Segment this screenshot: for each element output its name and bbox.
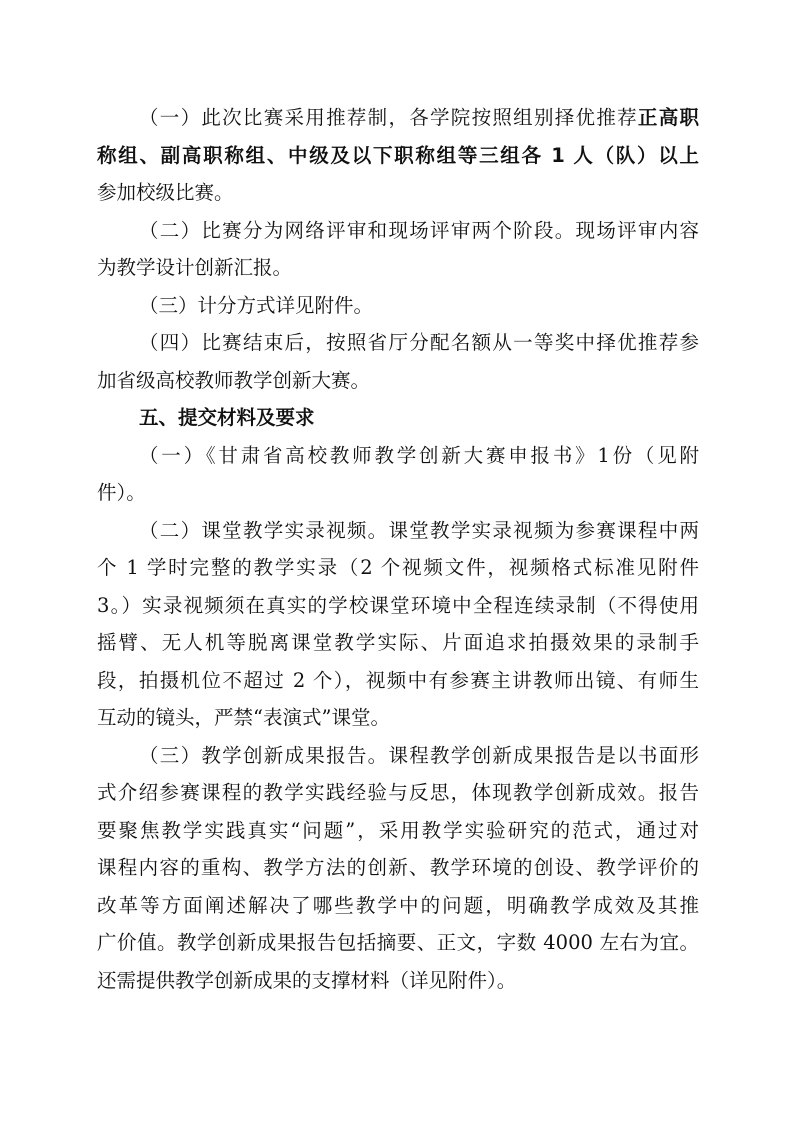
paragraph-provincial-recommendation: （四）比赛结束后，按照省厅分配名额从一等奖中择优推荐参 加省级高校教师教学创新大… <box>97 324 699 399</box>
text-run: 参加校级比赛。 <box>97 181 234 204</box>
text-line: 加省级高校教师教学创新大赛。 <box>97 362 699 400</box>
text-run-bold: 称组、副高职称组、中级及以下职称组等三组各 1 人（队）以上 <box>97 144 699 167</box>
text-line: 还需提供教学创新成果的支撑材料（详见附件）。 <box>97 962 699 1000</box>
paragraph-application-form: （一）《甘肃省高校教师教学创新大赛申报书》1份（见附 件）。 <box>97 437 699 512</box>
text-line: 段，拍摄机位不超过 2 个），视频中有参赛主讲教师出镜、有师生 <box>97 662 699 700</box>
paragraph-classroom-video: （二）课堂教学实录视频。课堂教学实录视频为参赛课程中两 个 1 学时完整的教学实… <box>97 512 699 737</box>
text-line: 改革等方面阐述解决了哪些教学中的问题，明确教学成效及其推 <box>97 887 699 925</box>
text-line: 要聚焦教学实践真实“问题”，采用教学实验研究的范式，通过对 <box>97 812 699 850</box>
text-line: 广价值。教学创新成果报告包括摘要、正文，字数 4000 左右为宜。 <box>97 924 699 962</box>
text-line: （三）教学创新成果报告。课程教学创新成果报告是以书面形 <box>97 737 699 775</box>
text-line: （四）比赛结束后，按照省厅分配名额从一等奖中择优推荐参 <box>97 324 699 362</box>
text-line: （二）课堂教学实录视频。课堂教学实录视频为参赛课程中两 <box>97 512 699 550</box>
text-line: 称组、副高职称组、中级及以下职称组等三组各 1 人（队）以上 <box>97 137 699 175</box>
text-line: 3。）实录视频须在真实的学校课堂环境中全程连续录制（不得使用 <box>97 587 699 625</box>
section-heading-submission-materials: 五、提交材料及要求 <box>97 399 699 437</box>
text-line: 个 1 学时完整的教学实录（2 个视频文件，视频格式标准见附件 <box>97 549 699 587</box>
text-line: （一）此次比赛采用推荐制，各学院按照组别择优推荐正高职 <box>97 99 699 137</box>
paragraph-recommendation-system: （一）此次比赛采用推荐制，各学院按照组别择优推荐正高职 称组、副高职称组、中级及… <box>97 99 699 212</box>
text-line: （三）计分方式详见附件。 <box>97 287 699 325</box>
text-line: 摇臂、无人机等脱离课堂教学实际、片面追求拍摄效果的录制手 <box>97 624 699 662</box>
text-line: 互动的镜头，严禁“表演式”课堂。 <box>97 699 699 737</box>
text-line: 课程内容的重构、教学方法的创新、教学环境的创设、教学评价的 <box>97 849 699 887</box>
document-page: （一）此次比赛采用推荐制，各学院按照组别择优推荐正高职 称组、副高职称组、中级及… <box>97 99 699 999</box>
text-run: （一）此次比赛采用推荐制，各学院按照组别择优推荐 <box>139 106 638 129</box>
paragraph-competition-stages: （二）比赛分为网络评审和现场评审两个阶段。现场评审内容 为教学设计创新汇报。 <box>97 212 699 287</box>
text-line: 式介绍参赛课程的教学实践经验与反思，体现教学创新成效。报告 <box>97 774 699 812</box>
text-line: 为教学设计创新汇报。 <box>97 249 699 287</box>
paragraph-scoring-method: （三）计分方式详见附件。 <box>97 287 699 325</box>
text-line: （二）比赛分为网络评审和现场评审两个阶段。现场评审内容 <box>97 212 699 250</box>
text-line: （一）《甘肃省高校教师教学创新大赛申报书》1份（见附 <box>97 437 699 475</box>
text-line: 件）。 <box>97 474 699 512</box>
text-line: 参加校级比赛。 <box>97 174 699 212</box>
text-run-bold: 正高职 <box>638 106 699 129</box>
paragraph-innovation-report: （三）教学创新成果报告。课程教学创新成果报告是以书面形 式介绍参赛课程的教学实践… <box>97 737 699 1000</box>
